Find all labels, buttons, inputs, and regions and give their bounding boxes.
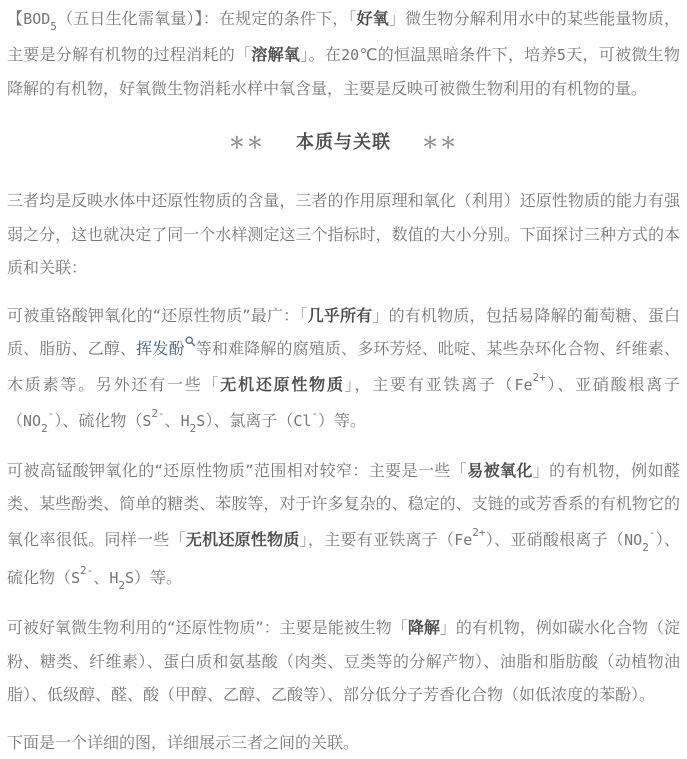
- para-bod5-definition: 【BOD5（五日生化需氧量）】：在规定的条件下，「好氧」微生物分解利用水中的某些…: [7, 2, 680, 105]
- para-diagram-intro: 下面是一个详细的图，详细展示三者之间的关联。: [7, 726, 680, 759]
- para-permanganate: 可被高锰酸钾氧化的“还原性物质”范围相对较窄：主要是一些「易被氧化」的有机物，例…: [7, 454, 680, 597]
- para-dichromate: 可被重铬酸钾氧化的“还原性物质”最广：「几乎所有」的有机物质，包括易降解的葡萄糖…: [7, 299, 680, 440]
- heading-stars-right: ＊＊: [422, 133, 458, 152]
- section-heading: ＊＊ 本质与关联 ＊＊: [7, 129, 680, 158]
- document-body: 【BOD5（五日生化需氧量）】：在规定的条件下，「好氧」微生物分解利用水中的某些…: [0, 0, 687, 759]
- para-aerobic-microbes: 可被好氧微生物利用的“还原性物质”：主要是能被生物「降解」的有机物，例如碳水化合…: [7, 611, 680, 712]
- volatile-phenol-link[interactable]: 挥发酚: [136, 339, 184, 358]
- heading-stars-left: ＊＊: [229, 133, 265, 152]
- search-icon[interactable]: [185, 336, 196, 347]
- para-intro-comparison: 三者均是反映水体中还原性物质的含量，三者的作用原理和氧化（利用）还原性物质的能力…: [7, 184, 680, 285]
- heading-title: 本质与关联: [296, 132, 391, 153]
